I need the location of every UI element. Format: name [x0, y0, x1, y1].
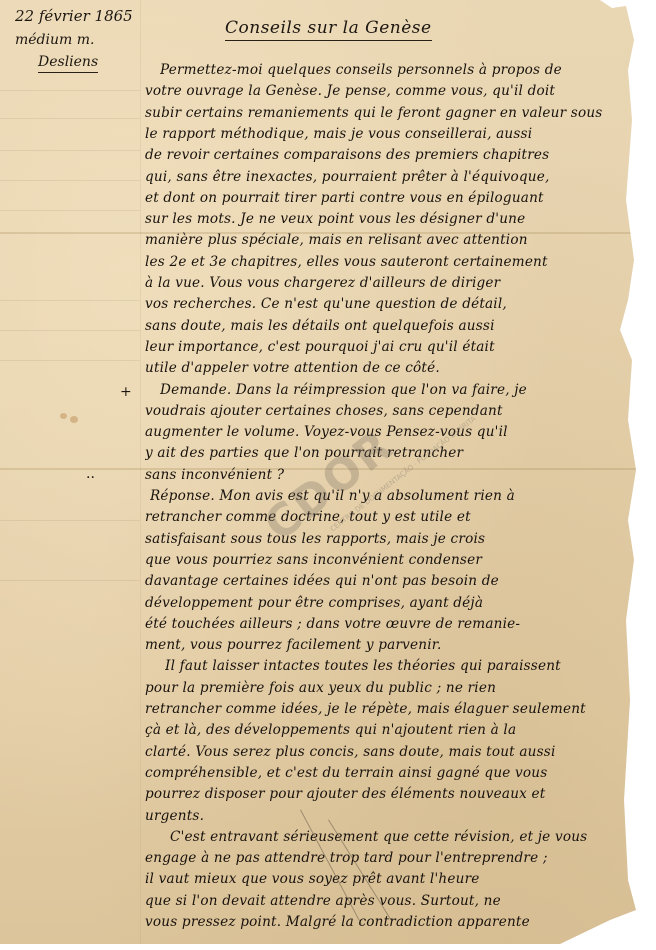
text-line: retrancher comme idées, je le répète, ma…: [145, 701, 615, 717]
ink-stain: [60, 413, 67, 419]
text-line: ment, vous pourrez facilement y parvenir…: [145, 637, 615, 653]
text-line: vos recherches. Ce n'est qu'une question…: [145, 296, 615, 312]
text-line: compréhensible, et c'est du terrain ains…: [145, 765, 615, 781]
text-line: et dont on pourrait tirer parti contre v…: [145, 190, 615, 206]
text-line: développement pour être comprises, ayant…: [145, 595, 615, 611]
text-line: les 2e et 3e chapitres, elles vous saute…: [145, 254, 615, 270]
text-line: de revoir certaines comparaisons des pre…: [145, 147, 615, 163]
text-line: urgents.: [145, 808, 615, 824]
text-line: votre ouvrage la Genèse. Je pense, comme…: [145, 83, 615, 99]
text-line: manière plus spéciale, mais en relisant …: [145, 232, 615, 248]
text-line: pour la première fois aux yeux du public…: [145, 680, 615, 696]
margin-medium: médium m.: [15, 30, 94, 50]
ink-stain: [70, 416, 78, 423]
margin-cross-mark: +: [120, 384, 132, 400]
text-line: sur les mots. Je ne veux point vous les …: [145, 211, 615, 227]
paper-fold: [140, 0, 141, 944]
text-line: clarté. Vous serez plus concis, sans dou…: [145, 744, 615, 760]
text-line: davantage certaines idées qui n'ont pas …: [145, 573, 615, 589]
text-line: que vous pourriez sans inconvénient cond…: [145, 552, 615, 568]
margin-medium-name: Desliens: [38, 52, 98, 73]
text-line-demande: Demande. Dans la réimpression que l'on v…: [160, 382, 630, 398]
text-line: été touchées ailleurs ; dans votre œuvre…: [145, 616, 615, 632]
text-line: çà et là, des développements qui n'ajout…: [145, 722, 615, 738]
text-line: à la vue. Vous vous chargerez d'ailleurs…: [145, 275, 615, 291]
text-line: subir certains remaniements qui le feron…: [145, 105, 615, 121]
letter-title: Conseils sur la Genèse: [225, 18, 432, 41]
text-line: utile d'appeler votre attention de ce cô…: [145, 360, 615, 376]
text-line: qui, sans être inexactes, pourraient prê…: [145, 169, 615, 185]
text-line: vous pressez point. Malgré la contradict…: [145, 914, 615, 930]
text-line: retrancher comme doctrine, tout y est ut…: [145, 509, 615, 525]
text-line: C'est entravant sérieusement que cette r…: [170, 829, 640, 845]
text-line: pourrez disposer pour ajouter des élémen…: [145, 786, 615, 802]
text-line: leur importance, c'est pourquoi j'ai cru…: [145, 339, 615, 355]
text-line: Permettez-moi quelques conseils personne…: [160, 62, 630, 78]
text-line: il vaut mieux que vous soyez prêt avant …: [145, 871, 615, 887]
text-line: engage à ne pas attendre trop tard pour …: [145, 850, 615, 866]
margin-date: 22 février 1865: [15, 6, 133, 26]
text-line: Il faut laisser intactes toutes les théo…: [165, 658, 635, 674]
margin-dots-mark: ..: [86, 466, 95, 482]
text-line: le rapport méthodique, mais je vous cons…: [145, 126, 615, 142]
text-line: voudrais ajouter certaines choses, sans …: [145, 403, 615, 419]
text-line: sans doute, mais les détails ont quelque…: [145, 318, 615, 334]
text-line: satisfaisant sous tous les rapports, mai…: [145, 531, 615, 547]
